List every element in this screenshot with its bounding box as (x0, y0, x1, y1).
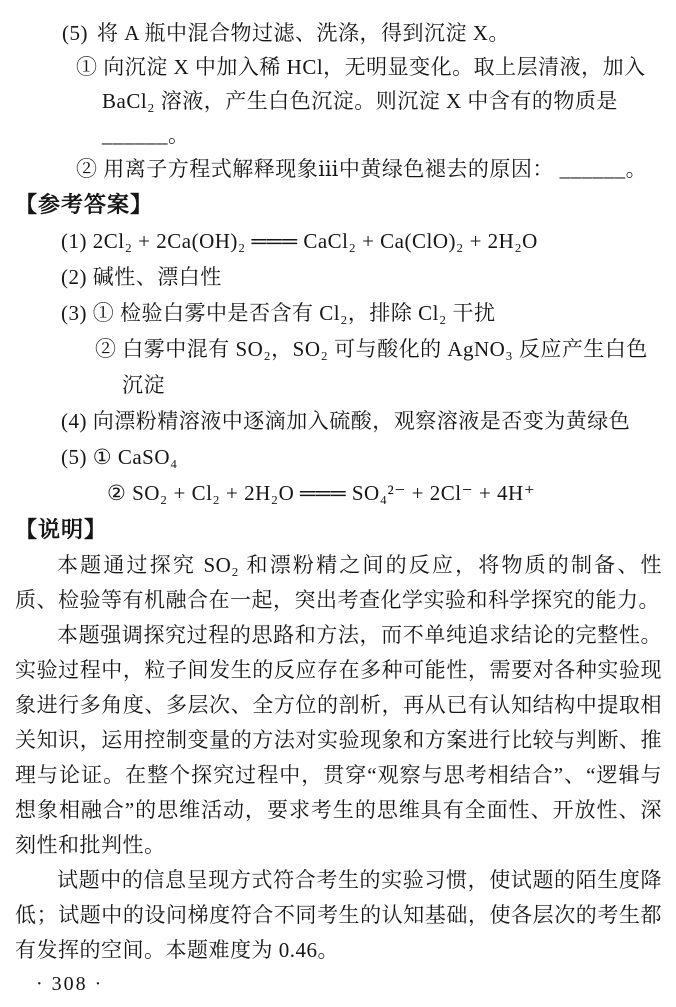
question-item-5: (5)将 A 瓶中混合物过滤、洗涤，得到沉淀 X。 (62, 16, 662, 50)
answer-line-4: (4) 向漂粉精溶液中逐滴加入硫酸，观察溶液是否变为黄绿色 (61, 403, 662, 439)
answer-line-5-sub2-equation: ② SO₂ + Cl₂ + 2H₂O ═══ SO₄²⁻ + 2Cl⁻ + 4H… (107, 475, 662, 511)
page-number: · 308 · (36, 971, 662, 997)
notes-paragraph-2: 本题强调探究过程的思路和方法，而不单纯追求结论的完整性。实验过程中，粒子间发生的… (15, 618, 662, 863)
notes-section: 本题通过探究 SO₂ 和漂粉精之间的反应，将物质的制备、性质、检验等有机融合在一… (15, 548, 662, 968)
question-item-5-label: (5) (62, 21, 88, 45)
notes-paragraph-1: 本题通过探究 SO₂ 和漂粉精之间的反应，将物质的制备、性质、检验等有机融合在一… (15, 548, 662, 618)
reference-answers-section: (1) 2Cl₂ + 2Ca(OH)₂ ═══ CaCl₂ + Ca(ClO)₂… (15, 223, 662, 511)
answer-line-2: (2) 碱性、漂白性 (61, 259, 662, 295)
answer-line-3-sub2: ② 白雾中混有 SO₂，SO₂ 可与酸化的 AgNO₃ 反应产生白色沉淀 (122, 331, 662, 403)
answer-line-1-equation: (1) 2Cl₂ + 2Ca(OH)₂ ═══ CaCl₂ + Ca(ClO)₂… (61, 223, 662, 259)
question-sub-item-1: ① 向沉淀 X 中加入稀 HCl，无明显变化。取上层清液，加入 BaCl₂ 溶液… (102, 50, 662, 152)
notes-header: 【说明】 (15, 511, 662, 548)
question-sub-item-2: ② 用离子方程式解释现象ⅲ中黄绿色褪去的原因： ______。 (102, 152, 662, 186)
question-section: (5)将 A 瓶中混合物过滤、洗涤，得到沉淀 X。 ① 向沉淀 X 中加入稀 H… (15, 16, 662, 186)
answer-line-5-sub1: (5) ① CaSO₄ (61, 439, 662, 475)
notes-paragraph-3: 试题中的信息呈现方式符合考生的实验习惯，使试题的陌生度降低；试题中的设问梯度符合… (15, 863, 662, 968)
question-item-5-text: 将 A 瓶中混合物过滤、洗涤，得到沉淀 X。 (97, 21, 510, 45)
reference-answers-header: 【参考答案】 (15, 186, 662, 223)
document-page: (5)将 A 瓶中混合物过滤、洗涤，得到沉淀 X。 ① 向沉淀 X 中加入稀 H… (0, 0, 676, 1007)
answer-line-3-sub1: (3) ① 检验白雾中是否含有 Cl₂，排除 Cl₂ 干扰 (61, 295, 662, 331)
